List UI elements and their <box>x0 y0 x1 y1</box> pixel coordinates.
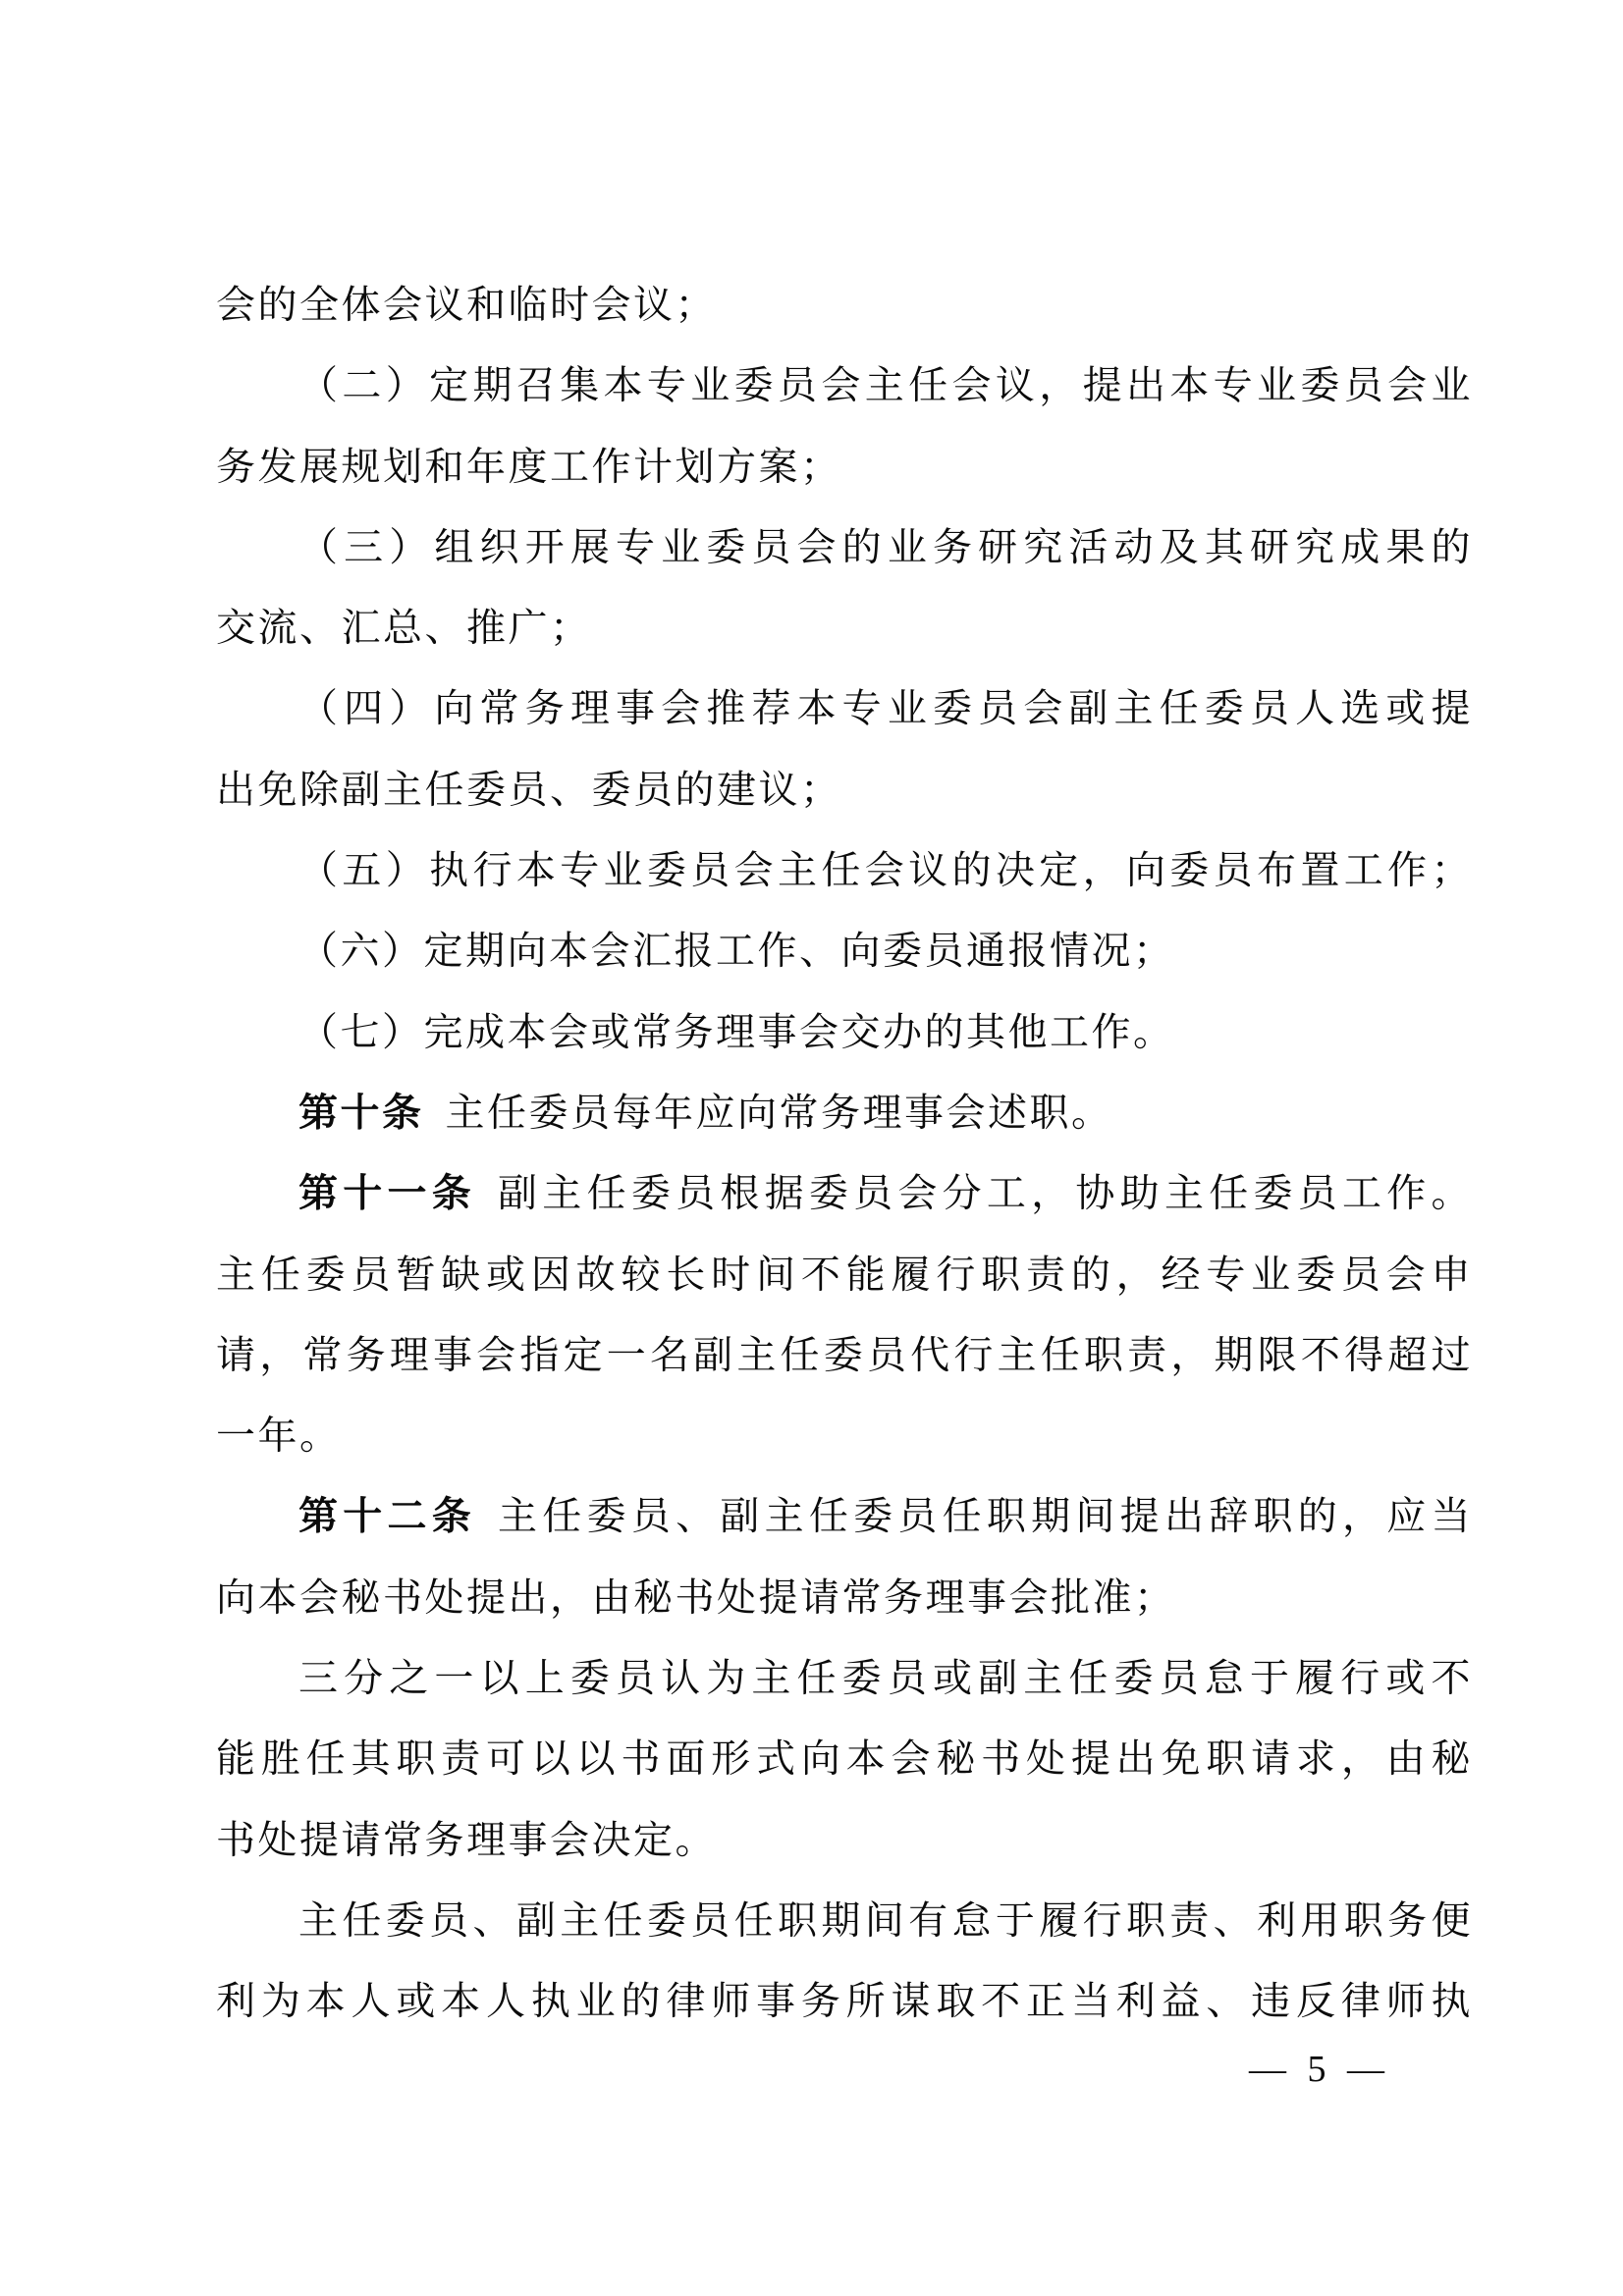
line-text: 主任委员、副主任委员任职期间有怠于履行职责、利用职务便 <box>298 1898 1473 1943</box>
text-line-1: 会的全体会议和临时会议； <box>216 265 1473 346</box>
text-line-11: 第十条主任委员每年应向常务理事会述职。 <box>216 1073 1473 1153</box>
line-text: （五）执行本专业委员会主任会议的决定，向委员布置工作； <box>298 848 1473 892</box>
line-text: 主任委员、副主任委员任职期间提出辞职的，应当 <box>498 1494 1473 1538</box>
line-text: 会的全体会议和临时会议； <box>216 283 717 327</box>
text-line-14: 请，常务理事会指定一名副主任委员代行主任职责，期限不得超过 <box>216 1315 1473 1396</box>
text-line-21: 主任委员、副主任委员任职期间有怠于履行职责、利用职务便 <box>216 1881 1473 1961</box>
line-text: 交流、汇总、推广； <box>216 606 592 650</box>
line-text: 主任委员每年应向常务理事会述职。 <box>446 1091 1113 1135</box>
text-line-10: （七）完成本会或常务理事会交办的其他工作。 <box>216 992 1473 1073</box>
text-line-13: 主任委员暂缺或因故较长时间不能履行职责的，经专业委员会申 <box>216 1235 1473 1315</box>
line-text: （六）定期向本会汇报工作、向委员通报情况； <box>298 929 1175 973</box>
text-line-22: 利为本人或本人执业的律师事务所谋取不正当利益、违反律师执 <box>216 1961 1473 2042</box>
text-line-4: （三）组织开展专业委员会的业务研究活动及其研究成果的 <box>216 507 1473 588</box>
line-text: 三分之一以上委员认为主任委员或副主任委员怠于履行或不 <box>298 1656 1473 1700</box>
text-line-7: 出免除副主任委员、委员的建议； <box>216 750 1473 830</box>
line-text: （三）组织开展专业委员会的业务研究活动及其研究成果的 <box>298 525 1473 569</box>
article-number-label: 第十一条 <box>298 1172 476 1215</box>
line-text: 请，常务理事会指定一名副主任委员代行主任职责，期限不得超过 <box>216 1333 1473 1377</box>
text-line-16: 第十二条主任委员、副主任委员任职期间提出辞职的，应当 <box>216 1476 1473 1557</box>
text-line-3: 务发展规划和年度工作计划方案； <box>216 427 1473 507</box>
line-text: 向本会秘书处提出，由秘书处提请常务理事会批准； <box>216 1575 1176 1620</box>
line-text: 书处提请常务理事会决定。 <box>216 1818 717 1862</box>
line-text: （七）完成本会或常务理事会交办的其他工作。 <box>298 1010 1175 1054</box>
document-body: 会的全体会议和临时会议；（二）定期召集本专业委员会主任会议，提出本专业委员会业务… <box>216 265 1473 2043</box>
text-line-12: 第十一条副主任委员根据委员会分工，协助主任委员工作。 <box>216 1153 1473 1234</box>
line-text: 副主任委员根据委员会分工，协助主任委员工作。 <box>498 1171 1473 1215</box>
line-text: 一年。 <box>216 1414 342 1458</box>
line-text: 能胜任其职责可以以书面形式向本会秘书处提出免职请求，由秘 <box>216 1736 1473 1781</box>
line-text: 出免除副主任委员、委员的建议； <box>216 768 842 812</box>
document-page: 会的全体会议和临时会议；（二）定期召集本专业委员会主任会议，提出本专业委员会业务… <box>0 0 1623 2296</box>
line-text: 利为本人或本人执业的律师事务所谋取不正当利益、违反律师执 <box>216 1979 1473 2023</box>
text-line-2: （二）定期召集本专业委员会主任会议，提出本专业委员会业 <box>216 346 1473 426</box>
line-text: （四）向常务理事会推荐本专业委员会副主任委员人选或提 <box>298 686 1473 730</box>
text-line-6: （四）向常务理事会推荐本专业委员会副主任委员人选或提 <box>216 668 1473 749</box>
text-line-8: （五）执行本专业委员会主任会议的决定，向委员布置工作； <box>216 830 1473 911</box>
text-line-9: （六）定期向本会汇报工作、向委员通报情况； <box>216 911 1473 991</box>
text-line-17: 向本会秘书处提出，由秘书处提请常务理事会批准； <box>216 1558 1473 1638</box>
article-number-label: 第十条 <box>298 1092 424 1135</box>
line-text: （二）定期召集本专业委员会主任会议，提出本专业委员会业 <box>298 363 1473 407</box>
text-line-20: 书处提请常务理事会决定。 <box>216 1800 1473 1881</box>
line-text: 主任委员暂缺或因故较长时间不能履行职责的，经专业委员会申 <box>216 1253 1473 1297</box>
page-number: — 5 — <box>1249 2048 1390 2091</box>
text-line-18: 三分之一以上委员认为主任委员或副主任委员怠于履行或不 <box>216 1638 1473 1719</box>
text-line-15: 一年。 <box>216 1396 1473 1476</box>
line-text: 务发展规划和年度工作计划方案； <box>216 445 842 489</box>
text-line-19: 能胜任其职责可以以书面形式向本会秘书处提出免职请求，由秘 <box>216 1719 1473 1799</box>
text-line-5: 交流、汇总、推广； <box>216 588 1473 668</box>
article-number-label: 第十二条 <box>298 1495 476 1538</box>
